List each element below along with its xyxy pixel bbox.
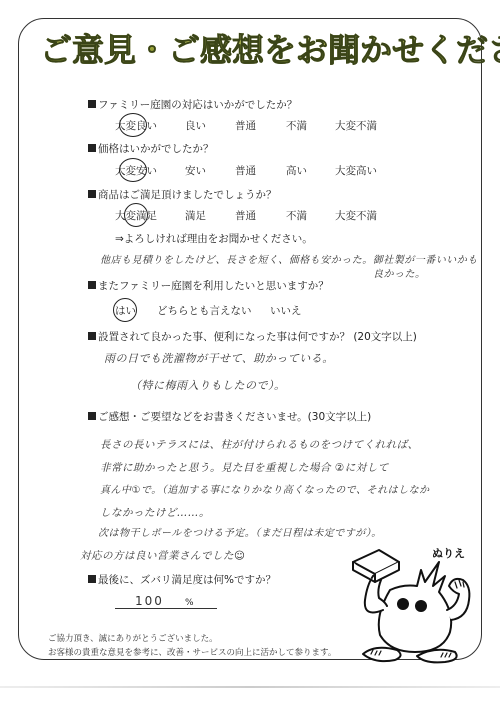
onion-mascot-illustration (335, 540, 485, 665)
mascot-eye (397, 598, 409, 610)
selection-circle (119, 113, 147, 137)
handwritten-comment-line[interactable]: 次は物干しポールをつける予定。（まだ日程は未定ですが）。 (98, 527, 382, 541)
satisfaction-value[interactable]: 100 (135, 594, 164, 608)
handwritten-reason[interactable]: 他店も見積りをしたけど、長さを短く、価格も安かった。御社製が一番いいかも (100, 254, 478, 268)
square-bullet-icon (88, 100, 96, 108)
handwritten-reason-cont[interactable]: 良かった。 (373, 268, 426, 282)
question-comments: ご感想・ご要望などをお書きくださいませ。(30文字以上) (88, 410, 371, 424)
question-label: ファミリー庭園の対応はいかがでしたか？ (98, 99, 297, 111)
question-satisfaction: 最後に、ズバリ満足度は何%ですか？ (88, 573, 276, 587)
option-dissatisfied[interactable]: 不満 (286, 119, 307, 133)
thanks-line-2: お客様の貴重な意見を参考に、改善・サービスの向上に活かして参ります。 (48, 647, 336, 660)
option-neither[interactable]: どちらとも言えない (157, 304, 252, 318)
answer-underline (115, 608, 217, 609)
handwritten-comment-line[interactable]: しなかったけど……。 (100, 506, 210, 520)
mascot-eye (415, 600, 427, 612)
page-title: ご意見・ご感想をお聞かせください (40, 28, 470, 72)
handwritten-comment-line[interactable]: 対応の方は良い営業さんでした☺ (80, 549, 245, 563)
reason-prompt: ⇒よろしければ理由をお聞かせください。 (115, 232, 313, 246)
option-very-dissatisfied[interactable]: 大変不満 (335, 209, 377, 223)
question-benefits: 設置されて良かった事、便利になった事は何ですか？ (20文字以上) (88, 330, 417, 344)
selection-circle (124, 203, 148, 227)
option-normal[interactable]: 普通 (235, 209, 256, 223)
question-price: 価格はいかがでしたか？ (88, 142, 214, 156)
option-very-expensive[interactable]: 大変高い (335, 164, 377, 178)
option-normal[interactable]: 普通 (235, 164, 256, 178)
question-label: 設置されて良かった事、便利になった事は何ですか？ (20文字以上) (98, 331, 417, 343)
handwritten-comment-line[interactable]: 非常に助かったと思う。見た目を重視した場合 ②に対して (100, 461, 389, 475)
option-normal[interactable]: 普通 (235, 119, 256, 133)
selection-circle (113, 298, 137, 322)
option-cheap[interactable]: 安い (185, 164, 206, 178)
square-bullet-icon (88, 332, 96, 340)
thanks-line-1: ご協力頂き、誠にありがとうございました。 (48, 633, 218, 646)
question-label: ご感想・ご要望などをお書きくださいませ。(30文字以上) (98, 411, 371, 423)
question-reuse: またファミリー庭園を利用したいと思いますか？ (88, 279, 329, 293)
options-product: 大変満足 満足 普通 不満 大変不満 (115, 209, 435, 225)
option-very-dissatisfied[interactable]: 大変不満 (335, 119, 377, 133)
options-price: 大変安い 安い 普通 高い 大変高い (115, 164, 435, 180)
question-service: ファミリー庭園の対応はいかがでしたか？ (88, 98, 297, 112)
option-no[interactable]: いいえ (270, 304, 302, 318)
selection-circle (119, 158, 147, 182)
square-bullet-icon (88, 144, 96, 152)
square-bullet-icon (88, 575, 96, 583)
option-good[interactable]: 良い (185, 119, 206, 133)
square-bullet-icon (88, 281, 96, 289)
question-label: 価格はいかがでしたか？ (98, 143, 214, 155)
question-label: またファミリー庭園を利用したいと思いますか？ (98, 280, 329, 292)
page-edge (0, 686, 500, 688)
handwritten-comment-line[interactable]: 真ん中①で。（追加する事になりかなり高くなったので、それはしなかったけど……。 (100, 484, 430, 498)
question-label: 商品はご満足頂けましたでしょうか？ (98, 189, 277, 201)
option-expensive[interactable]: 高い (286, 164, 307, 178)
option-dissatisfied[interactable]: 不満 (286, 209, 307, 223)
square-bullet-icon (88, 190, 96, 198)
handwritten-benefits[interactable]: 雨の日でも洗濯物が干せて、助かっている。 (104, 352, 334, 366)
handwritten-benefits-cont[interactable]: （特に梅雨入りもしたので）。 (130, 379, 286, 393)
question-label: 最後に、ズバリ満足度は何%ですか？ (98, 574, 276, 586)
option-satisfied[interactable]: 満足 (185, 209, 206, 223)
question-product: 商品はご満足頂けましたでしょうか？ (88, 188, 277, 202)
square-bullet-icon (88, 412, 96, 420)
options-service: 大変良い 良い 普通 不満 大変不満 (115, 119, 435, 135)
handwritten-comment-line[interactable]: 長さの長いテラスには、柱が付けられるものをつけてくれれば、 (100, 438, 419, 452)
options-reuse: はい どちらとも言えない いいえ (115, 304, 435, 320)
